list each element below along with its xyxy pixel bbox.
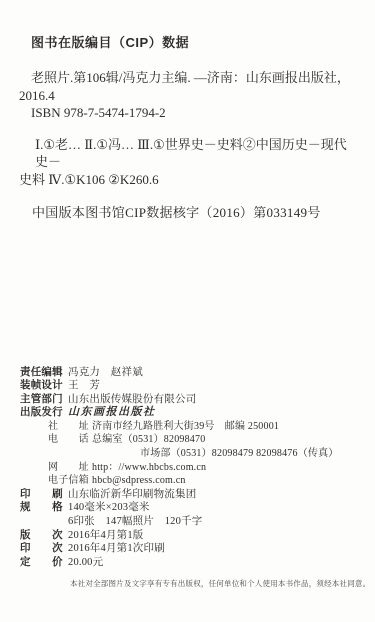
cip-record-line: 2016.4 bbox=[19, 87, 357, 105]
row-label: 版 次 bbox=[20, 529, 68, 543]
classification-line: 史料 Ⅳ.①K106 ②K260.6 bbox=[19, 171, 357, 189]
colophon-row-printer: 印 刷 山东临沂新华印刷物流集团 bbox=[0, 488, 375, 502]
row-value: 140毫米×203毫米 bbox=[68, 501, 150, 515]
row-label: 主管部门 bbox=[20, 393, 68, 407]
row-label: 定 价 bbox=[20, 556, 68, 570]
cip-registry-number: 中国版本图书馆CIP数据核字（2016）第033149号 bbox=[19, 204, 357, 222]
colophon-row-address: 社 址 济南市经九路胜利大街39号 邮编 250001 bbox=[0, 420, 375, 434]
isbn-line: ISBN 978-7-5474-1794-2 bbox=[19, 104, 357, 122]
row-value: 冯克力 赵祥斌 bbox=[68, 366, 143, 380]
row-value: 2016年4月第1版 bbox=[68, 529, 144, 543]
row-label: 网 址 bbox=[48, 461, 92, 475]
row-value: 山东临沂新华印刷物流集团 bbox=[68, 488, 196, 502]
colophon-row-phone-2: 市场部（0531）82098479 82098476（传真） bbox=[0, 447, 375, 461]
colophon-row-publisher: 出版发行 山东画报出版社 bbox=[0, 406, 375, 420]
row-label: 出版发行 bbox=[20, 406, 68, 420]
website-url: http：//www.hbcbs.com.cn bbox=[92, 461, 206, 475]
colophon-row-editor: 责任编辑 冯克力 赵祥斌 bbox=[0, 366, 375, 380]
publisher-script-logo: 山东画报出版社 bbox=[68, 406, 156, 420]
copyright-page: 图书在版编目（CIP）数据 老照片.第106辑/冯克力主编. —济南：山东画报出… bbox=[0, 0, 375, 622]
row-label: 电 话 bbox=[48, 433, 92, 447]
row-label: 社 址 bbox=[48, 420, 92, 434]
colophon-row-price: 定 价 20.00元 bbox=[0, 556, 375, 570]
row-value: 总编室（0531）82098470 bbox=[92, 433, 205, 447]
cip-heading: 图书在版编目（CIP）数据 bbox=[19, 36, 357, 50]
classification-line: Ⅰ.①老… Ⅱ.①冯… Ⅲ.①世界史－史料②中国历史－现代史－ bbox=[19, 136, 357, 171]
colophon-row-supervisor: 主管部门 山东出版传媒股份有限公司 bbox=[0, 393, 375, 407]
row-label: 装帧设计 bbox=[20, 379, 68, 393]
row-label: 责任编辑 bbox=[20, 366, 68, 380]
cip-record-line: 老照片.第106辑/冯克力主编. —济南：山东画报出版社， bbox=[19, 69, 357, 87]
colophon-row-phone: 电 话 总编室（0531）82098470 bbox=[0, 433, 375, 447]
cip-section: 图书在版编目（CIP）数据 老照片.第106辑/冯克力主编. —济南：山东画报出… bbox=[0, 36, 375, 222]
cip-record: 老照片.第106辑/冯克力主编. —济南：山东画报出版社， 2016.4 ISB… bbox=[19, 69, 357, 122]
row-label: 印 刷 bbox=[20, 488, 68, 502]
colophon-row-website: 网 址 http：//www.hbcbs.com.cn bbox=[0, 461, 375, 475]
row-value: 20.00元 bbox=[68, 556, 103, 570]
row-value: 市场部（0531）82098479 82098476（传真） bbox=[140, 447, 339, 461]
cip-classification: Ⅰ.①老… Ⅱ.①冯… Ⅲ.①世界史－史料②中国历史－现代史－ 史料 Ⅳ.①K1… bbox=[19, 136, 357, 189]
row-label: 电子信箱 bbox=[48, 474, 92, 488]
colophon-row-format: 规 格 140毫米×203毫米 bbox=[0, 501, 375, 515]
colophon-row-designer: 装帧设计 王 芳 bbox=[0, 379, 375, 393]
row-value: 山东出版传媒股份有限公司 bbox=[68, 393, 196, 407]
row-value: 济南市经九路胜利大街39号 邮编 250001 bbox=[92, 420, 279, 434]
colophon-row-impression: 印 次 2016年4月第1次印刷 bbox=[0, 542, 375, 556]
row-label: 印 次 bbox=[20, 542, 68, 556]
colophon-row-format-2: 6印张 147幅照片 120千字 bbox=[0, 515, 375, 529]
row-label: 规 格 bbox=[20, 501, 68, 515]
row-value: 王 芳 bbox=[68, 379, 100, 393]
copyright-notice: 本社对全部图片及文字享有专有出版权，任何单位和个人使用本书作品，须经本社同意。 bbox=[70, 578, 375, 589]
row-value: 6印张 147幅照片 120千字 bbox=[68, 515, 202, 529]
row-value: 2016年4月第1次印刷 bbox=[68, 542, 165, 556]
colophon-row-email: 电子信箱 hbcb@sdpress.com.cn bbox=[0, 474, 375, 488]
colophon-row-edition: 版 次 2016年4月第1版 bbox=[0, 529, 375, 543]
colophon-section: 责任编辑 冯克力 赵祥斌 装帧设计 王 芳 主管部门 山东出版传媒股份有限公司 … bbox=[0, 366, 375, 570]
email-address: hbcb@sdpress.com.cn bbox=[92, 474, 186, 488]
